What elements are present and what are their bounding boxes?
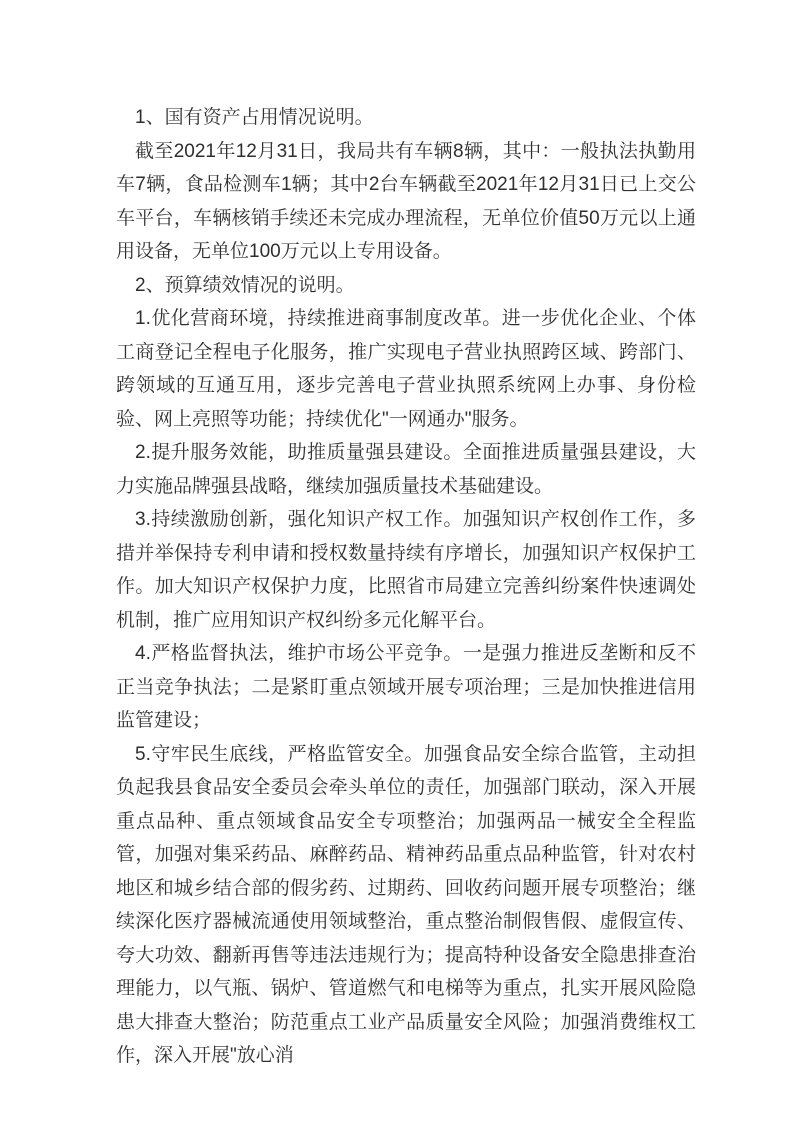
paragraph-business-environment: 1.优化营商环境，持续推进商事制度改革。进一步优化企业、个体工商登记全程电子化服… [116,302,696,436]
heading-budget-performance: 2、预算绩效情况的说明。 [116,269,696,303]
paragraph-service-quality: 2.提升服务效能，助推质量强县建设。全面推进质量强县建设，大力实施品牌强县战略，… [116,436,696,503]
heading-state-asset-usage: 1、国有资产占用情况说明。 [116,101,696,135]
paragraph-intellectual-property: 3.持续激励创新，强化知识产权工作。加强知识产权创作工作，多措并举保持专利申请和… [116,503,696,637]
paragraph-market-supervision: 4.严格监督执法，维护市场公平竞争。一是强力推进反垄断和反不正当竞争执法；二是紧… [116,637,696,738]
paragraph-vehicle-assets: 截至2021年12月31日，我局共有车辆8辆，其中：一般执法执勤用车7辆，食品检… [116,135,696,269]
document-body: 1、国有资产占用情况说明。 截至2021年12月31日，我局共有车辆8辆，其中：… [116,101,696,1073]
paragraph-safety-supervision: 5.守牢民生底线，严格监管安全。加强食品安全综合监管，主动担负起我县食品安全委员… [116,738,696,1073]
document-page: 1、国有资产占用情况说明。 截至2021年12月31日，我局共有车辆8辆，其中：… [0,0,793,1122]
